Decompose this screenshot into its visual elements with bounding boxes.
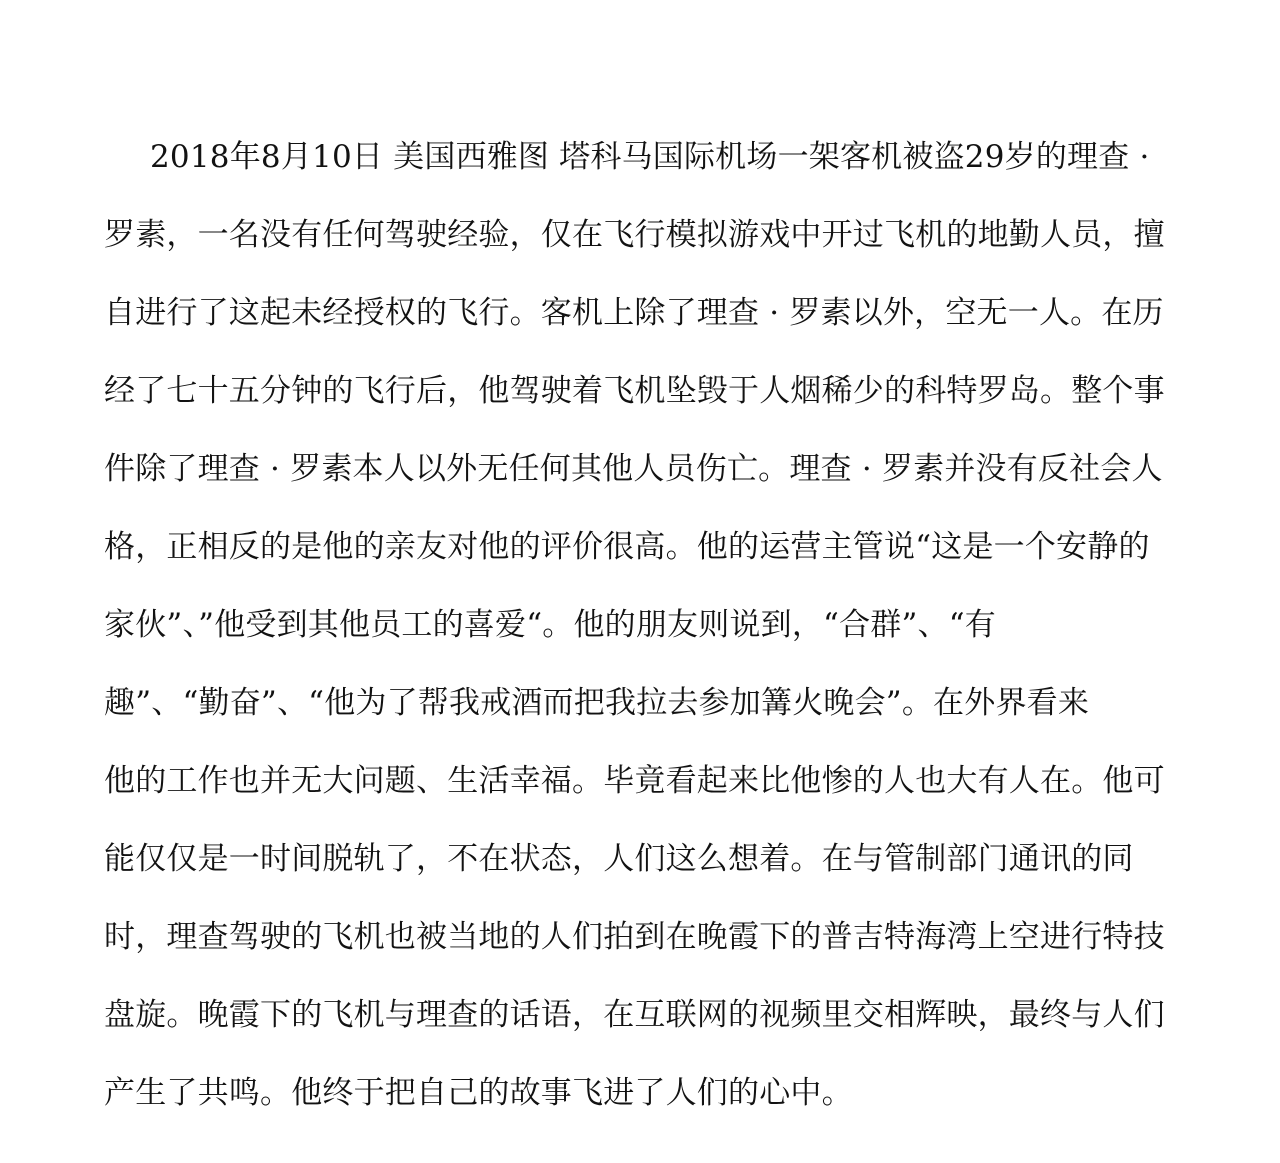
text-line: 趣”、“勤奋”、“他为了帮我戒酒而把我拉去参加篝火晚会”。在外界看来: [104, 664, 1180, 742]
text-line: 格，正相反的是他的亲友对他的评价很高。他的运营主管说“这是一个安静的: [104, 508, 1180, 586]
text-line: 家伙”、”他受到其他员工的喜爱“。他的朋友则说到，“合群”、“有: [104, 586, 1180, 664]
text-line: 罗素，一名没有任何驾驶经验，仅在飞行模拟游戏中开过飞机的地勤人员，擅: [104, 196, 1180, 274]
text-line: 自进行了这起未经授权的飞行。客机上除了理查 · 罗素以外，空无一人。在历: [104, 274, 1180, 352]
text-line: 能仅仅是一时间脱轨了，不在状态，人们这么想着。在与管制部门通讯的同: [104, 820, 1180, 898]
text-line: 产生了共鸣。他终于把自己的故事飞进了人们的心中。: [104, 1054, 1180, 1132]
text-line: 件除了理查 · 罗素本人以外无任何其他人员伤亡。理查 · 罗素并没有反社会人: [104, 430, 1180, 508]
document-page: 2018年8月10日 美国西雅图 塔科马国际机场一架客机被盗29岁的理查 · 罗…: [0, 0, 1280, 1163]
text-line: 时，理查驾驶的飞机也被当地的人们拍到在晚霞下的普吉特海湾上空进行特技: [104, 898, 1180, 976]
text-line: 他的工作也并无大问题、生活幸福。毕竟看起来比他惨的人也大有人在。他可: [104, 742, 1180, 820]
text-line: 经了七十五分钟的飞行后，他驾驶着飞机坠毁于人烟稀少的科特罗岛。整个事: [104, 352, 1180, 430]
text-line: 盘旋。晚霞下的飞机与理查的话语，在互联网的视频里交相辉映，最终与人们: [104, 976, 1180, 1054]
text-line: 2018年8月10日 美国西雅图 塔科马国际机场一架客机被盗29岁的理查 ·: [104, 118, 1180, 196]
